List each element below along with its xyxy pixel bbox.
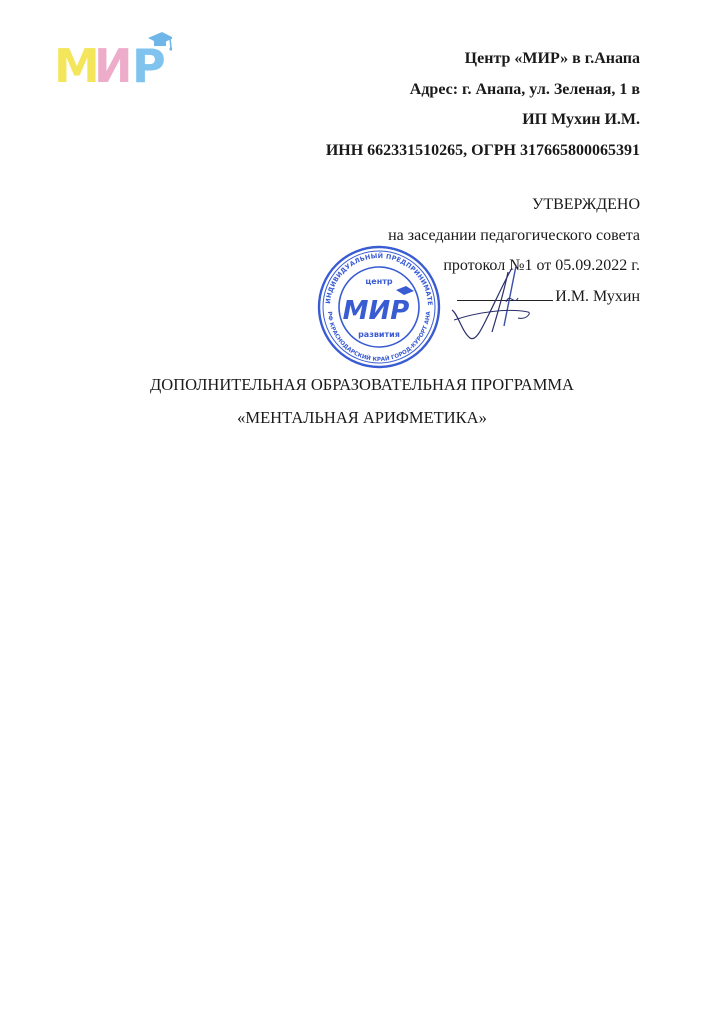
approval-status: УТВЕРЖДЕНО bbox=[388, 190, 640, 221]
handwritten-signature bbox=[448, 262, 558, 346]
logo-letter-i: И bbox=[94, 39, 133, 88]
program-title-line-1: ДОПОЛНИТЕЛЬНАЯ ОБРАЗОВАТЕЛЬНАЯ ПРОГРАММА bbox=[0, 368, 724, 401]
stamp-center-word: МИР bbox=[343, 296, 410, 326]
logo-letter-r: Р bbox=[132, 39, 166, 88]
registration-numbers: ИНН 662331510265, ОГРН 317665800065391 bbox=[326, 136, 640, 167]
signatory-name: И.М. Мухин bbox=[555, 288, 640, 305]
stamp-cap-icon bbox=[396, 286, 414, 295]
program-title-line-2: «МЕНТАЛЬНАЯ АРИФМЕТИКА» bbox=[0, 401, 724, 434]
address: Адрес: г. Анапа, ул. Зеленая, 1 в bbox=[326, 75, 640, 106]
stamp-top-word: центр bbox=[365, 277, 393, 286]
mir-logo-graphic: М И Р bbox=[52, 26, 172, 88]
stamp-bottom-word: развития bbox=[358, 330, 400, 339]
stamp-seal-graphic: ИНДИВИДУАЛЬНЫЙ ПРЕДПРИНИМАТЕЛЬ • МУХИН И… bbox=[316, 244, 442, 370]
mir-logo: М И Р bbox=[52, 26, 172, 88]
signature-stroke-graphic bbox=[448, 262, 558, 346]
entrepreneur-name: ИП Мухин И.М. bbox=[326, 105, 640, 136]
official-stamp: ИНДИВИДУАЛЬНЫЙ ПРЕДПРИНИМАТЕЛЬ • МУХИН И… bbox=[316, 244, 442, 370]
center-name: Центр «МИР» в г.Анапа bbox=[326, 44, 640, 75]
organization-header: Центр «МИР» в г.Анапа Адрес: г. Анапа, у… bbox=[326, 44, 640, 166]
logo-letter-m: М bbox=[54, 39, 100, 88]
program-title: ДОПОЛНИТЕЛЬНАЯ ОБРАЗОВАТЕЛЬНАЯ ПРОГРАММА… bbox=[0, 368, 724, 434]
